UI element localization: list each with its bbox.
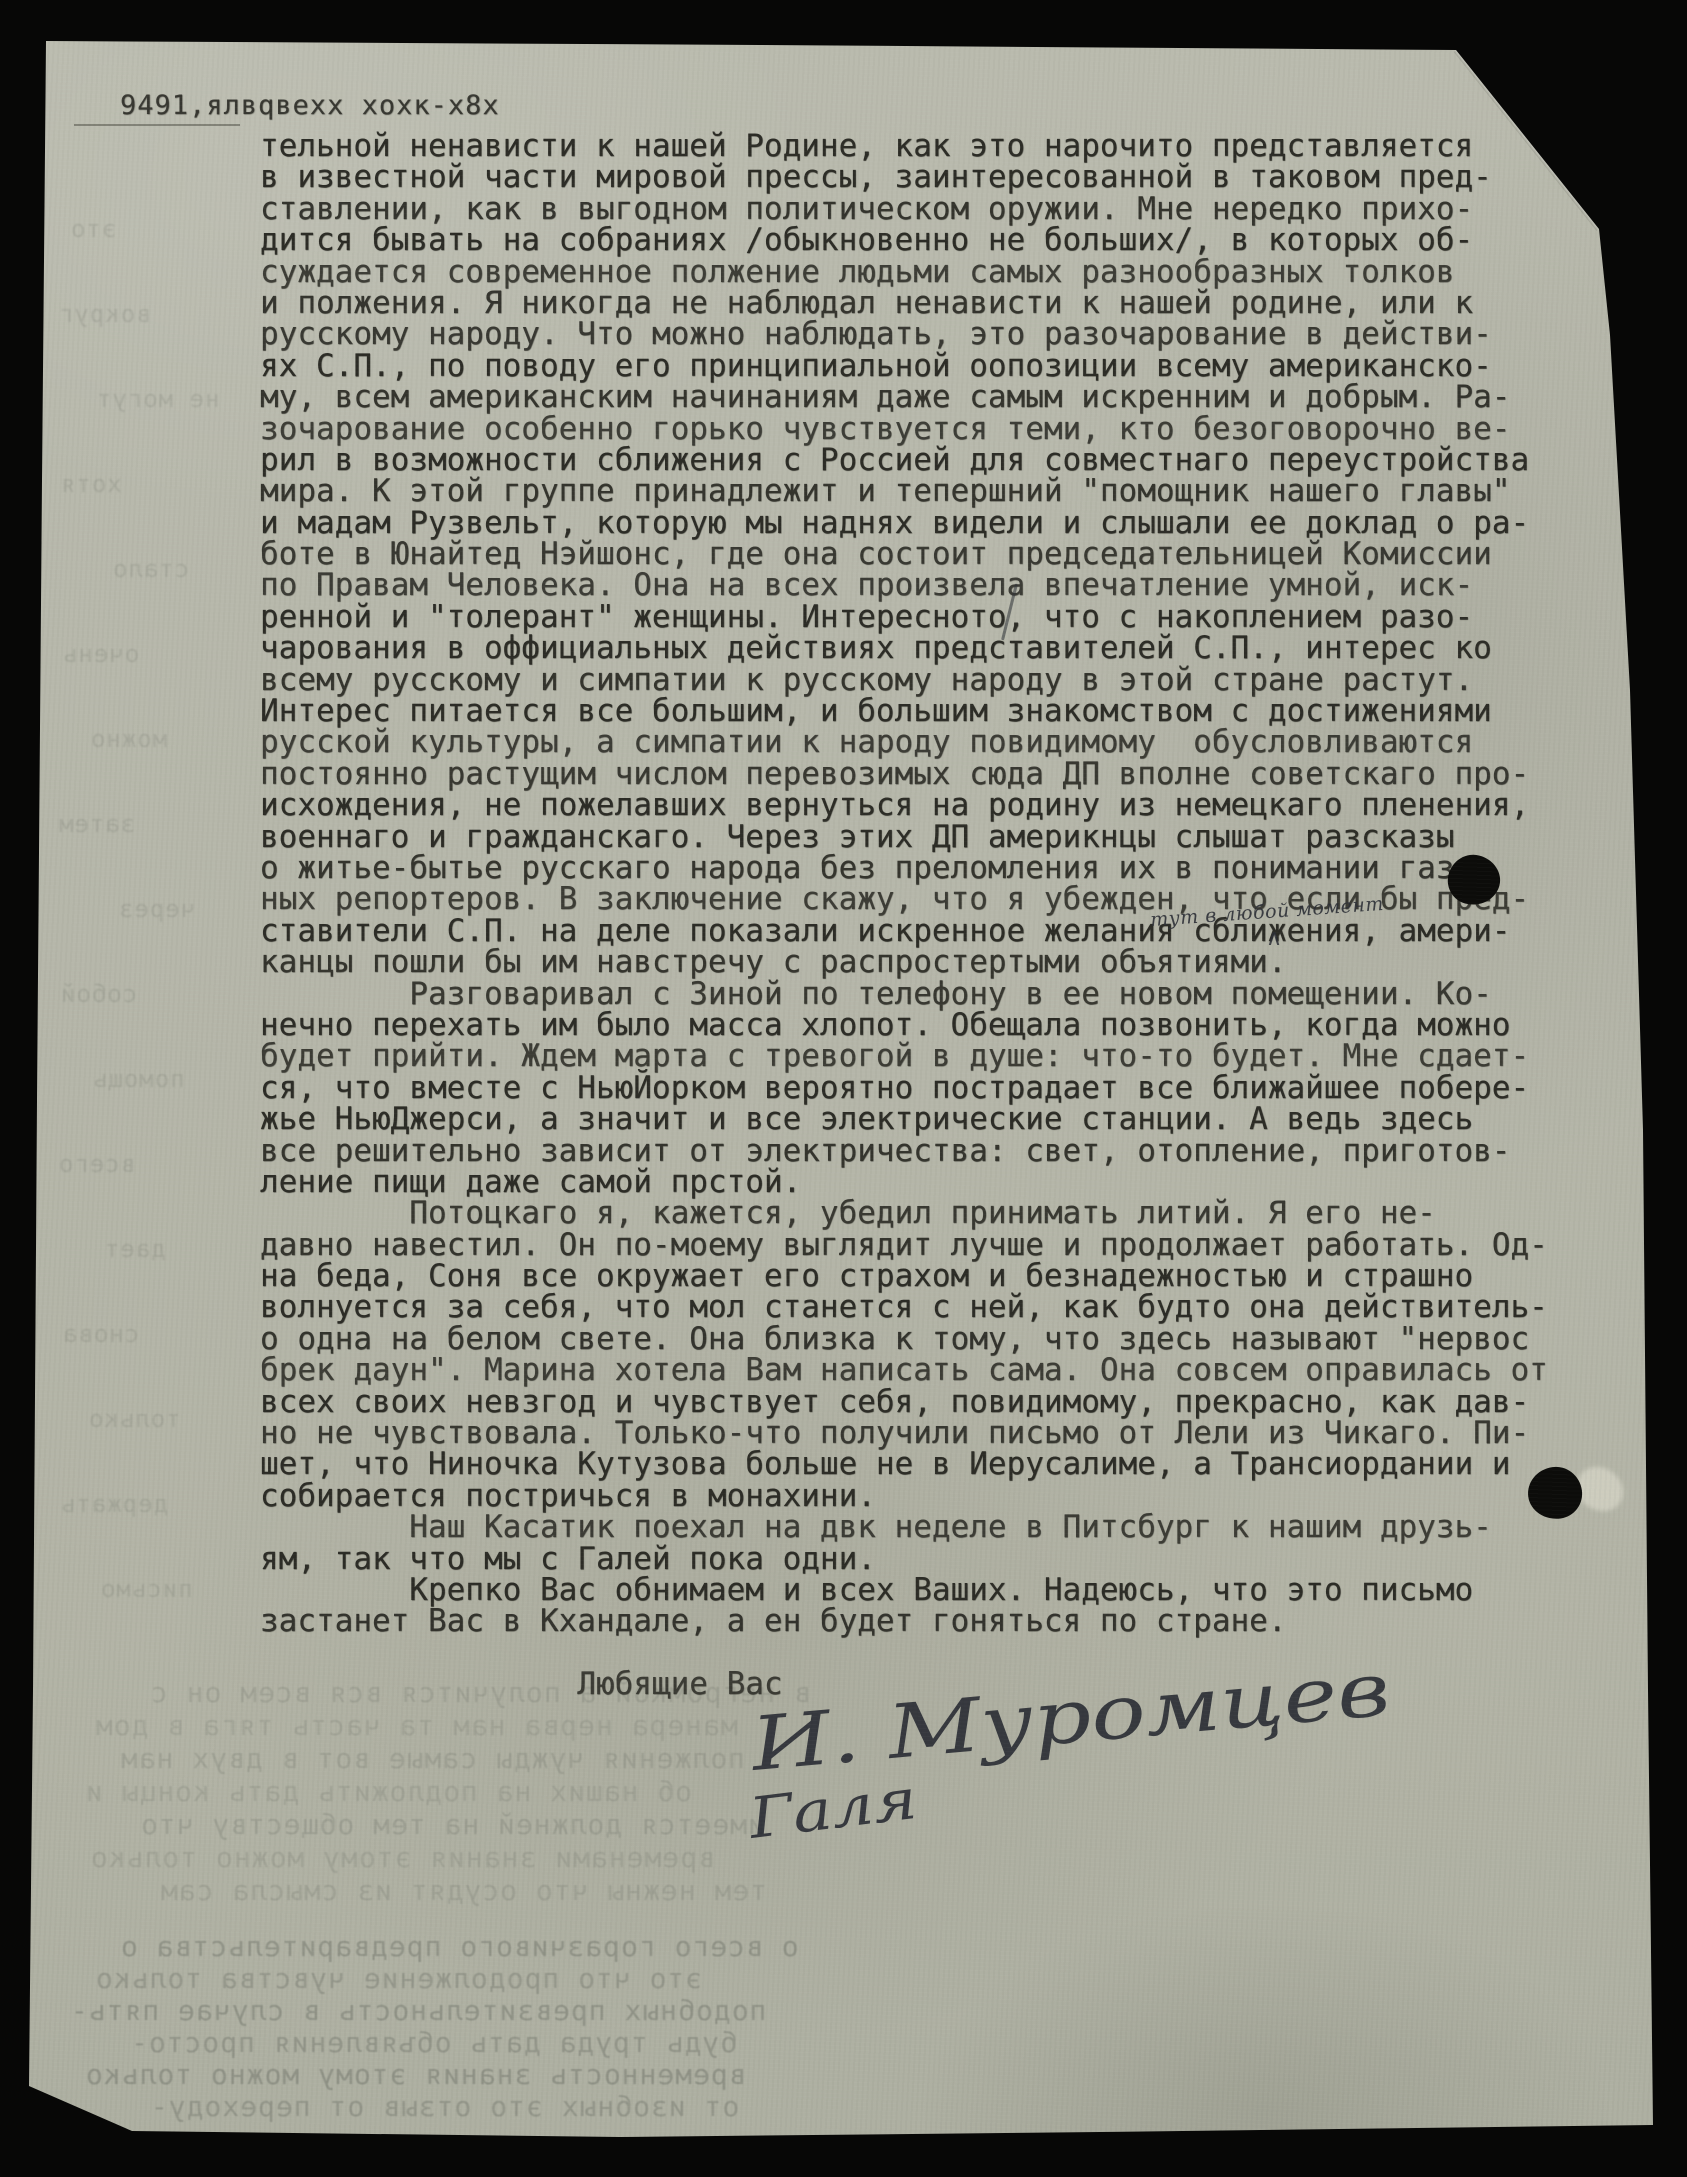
bleedthrough-line: об наших на подложить дать концы и — [85, 1775, 692, 1808]
bleedthrough-margin-fragment: вокруг — [58, 300, 151, 328]
bleedthrough-margin-fragment: всего — [58, 1150, 135, 1178]
letter-line: тельной ненависти к нашей Родине, как эт… — [260, 131, 1548, 162]
second-signature-svg: Галя — [740, 1784, 970, 1869]
bleedthrough-line: подобных превзительность в случае пять- — [70, 1994, 766, 2027]
letter-line: на беда, Соня все окружает его страхом и… — [260, 1261, 1548, 1292]
bleedthrough-margin-fragment: хотя — [60, 470, 122, 498]
bleedthrough-line: это что продолжение чувства только — [95, 1962, 702, 1995]
letter-line: зочарование особенно горько чувствуется … — [260, 414, 1548, 445]
letter-line: русскому народу. Что можно наблюдать, эт… — [260, 319, 1548, 350]
letter-line: чарования в оффициальных действиях предс… — [260, 633, 1548, 664]
bleedthrough-line: манера нерва нам та часть тяга в дом — [95, 1709, 738, 1742]
letter-line: застанет Вас в Кхандале, а ен будет гоня… — [260, 1606, 1548, 1637]
bleedthrough-margin-fragment: снова — [62, 1320, 139, 1348]
bleedthrough-margin-fragment: не могут — [96, 385, 220, 413]
letter-line: брек даун". Марина хотела Вам написать с… — [260, 1355, 1548, 1386]
bleedthrough-margin-fragment: затем — [58, 810, 135, 838]
letter-line: суждается современное полжение людьми са… — [260, 257, 1548, 288]
letter-line: о одна на белом свете. Она близка к тому… — [260, 1324, 1548, 1355]
letter-line: Наш Касатик поехал на двк неделе в Питсб… — [260, 1512, 1548, 1543]
bleedthrough-line: о всего горазчивого предварительства о — [120, 1930, 799, 1963]
bleedthrough-line: будь труда дать объявления просто- — [130, 2026, 737, 2059]
bleedthrough-margin-fragment: только — [88, 1405, 181, 1433]
letter-line: Разговаривал с Зиной по телефону в ее но… — [260, 979, 1548, 1010]
letter-line: Потоцкаго я, кажется, убедил принимать л… — [260, 1198, 1548, 1229]
paper-sheet: в негромкой а получится вся всем он сман… — [0, 0, 1687, 2177]
letter-line: все решительно зависит от электричества:… — [260, 1136, 1548, 1167]
bleedthrough-line: полжения чужды самые вот в двух нам — [120, 1742, 745, 1775]
letter-line: ставители С.П. на деле показали искренно… — [260, 916, 1548, 947]
bleedthrough-margin-fragment: дает — [104, 1235, 166, 1263]
letter-line: боте в Юнайтед Нэйшонс, где она состоит … — [260, 539, 1548, 570]
bleedthrough-margin-fragment: очень — [62, 640, 139, 668]
bleedthrough-line: временами знания этому можно только — [90, 1841, 715, 1874]
insertion-caret: ∧ — [1266, 926, 1282, 951]
scanned-letter-page: в негромкой а получится вся всем он сман… — [0, 0, 1687, 2177]
letter-line: давно навестил. Он по-моему выглядит луч… — [260, 1230, 1548, 1261]
letter-line: собирается постричься в монахини. — [260, 1481, 1548, 1512]
letter-line: шет, что Ниночка Кутузова больше не в Ие… — [260, 1449, 1548, 1480]
bleedthrough-margin-fragment: собой — [60, 980, 137, 1008]
header-overtype-date: 9491,ялвqвехх хохк-х8х — [120, 90, 500, 121]
letter-line: жье НьюДжерси, а значит и все электричес… — [260, 1104, 1548, 1135]
letter-line: ям, так что мы с Галей пока одни. — [260, 1544, 1548, 1575]
bottom-corner-crease — [28, 2086, 131, 2134]
letter-line: ся, что вместе с НьюЙорком вероятно пост… — [260, 1073, 1548, 1104]
letter-line: будет прийти. Ждем марта с тревогой в ду… — [260, 1041, 1548, 1072]
bleedthrough-line: имеется должней на тем обществу что — [140, 1808, 765, 1841]
bleedthrough-margin-fragment: можно — [90, 725, 167, 753]
letter-line: о житье-бытье русскаго народа без прелом… — [260, 853, 1548, 884]
bleedthrough-margin-fragment: через — [118, 895, 195, 923]
bleedthrough-margin-fragment: письмо — [100, 1575, 193, 1603]
bleedthrough-margin-fragment: стало — [112, 555, 189, 583]
letter-line: ренной и "толерант" женщины. Интересното… — [260, 602, 1548, 633]
letter-line: постоянно растущим числом перевозимых сю… — [260, 759, 1548, 790]
bleedthrough-line: тем нежны что осудят из смысла сам — [160, 1874, 767, 1907]
letter-line: Интерес питается все большим, и большим … — [260, 696, 1548, 727]
letter-line: русской культуры, а симпатии к народу по… — [260, 727, 1548, 758]
letter-line: по Правам Человека. Она на всех произвел… — [260, 570, 1548, 601]
header-underline — [74, 124, 240, 126]
letter-line: рил в возможности сближения с Россией дл… — [260, 445, 1548, 476]
letter-line: му, всем американским начинаниям даже са… — [260, 382, 1548, 413]
bleedthrough-margin-fragment: это — [70, 215, 116, 243]
signature-primary: И. Муромцев — [746, 1646, 1394, 1788]
letter-line: волнуется за себя, что мол станется с не… — [260, 1292, 1548, 1323]
letter-line: исхождения, не пожелавших вернуться на р… — [260, 790, 1548, 821]
letter-line: всему русскому и симпатии к русскому нар… — [260, 665, 1548, 696]
bleedthrough-line: временность знания этому можно только — [85, 2058, 746, 2091]
letter-line: всех своих невзгод и чувствует себя, пов… — [260, 1387, 1548, 1418]
bleedthrough-line: от изобных это отзыв от переходу- — [150, 2090, 739, 2123]
letter-line: мира. К этой группе принадлежит и теперш… — [260, 476, 1548, 507]
letter-line: канцы пошли бы им навстречу с распростер… — [260, 947, 1548, 978]
bleedthrough-margin-fragment: помощь — [92, 1065, 185, 1093]
letter-line: Крепко Вас обнимаем и всех Ваших. Надеюс… — [260, 1575, 1548, 1606]
letter-line: военнаго и гражданскаго. Через этих ДП а… — [260, 822, 1548, 853]
letter-line: ях С.П., по поводу его принципиальной оо… — [260, 351, 1548, 382]
bleedthrough-margin-fragment: держать — [60, 1490, 168, 1518]
letter-line: ление пищи даже самой прстой. — [260, 1167, 1548, 1198]
letter-line: ставлении, как в выгодном политическом о… — [260, 194, 1548, 225]
letter-line: нечно перехать им было масса хлопот. Обе… — [260, 1010, 1548, 1041]
letter-line: в известной части мировой прессы, заинте… — [260, 162, 1548, 193]
letter-line: и полжения. Я никогда не наблюдал ненави… — [260, 288, 1548, 319]
letter-line: но не чувствовала. Только-что получили п… — [260, 1418, 1548, 1449]
letter-line: дится бывать на собраниях /обыкновенно н… — [260, 225, 1548, 256]
letter-line: и мадам Рузвельт, которую мы наднях виде… — [260, 508, 1548, 539]
